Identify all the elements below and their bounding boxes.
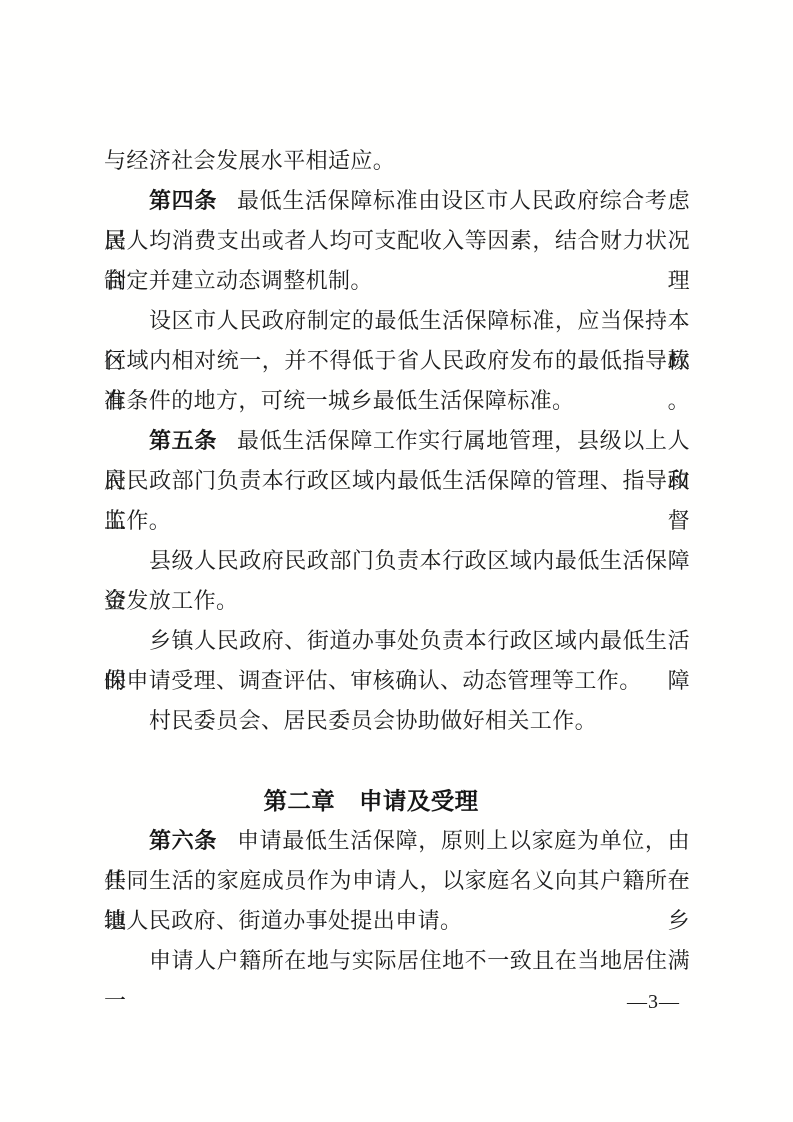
body-line: 府民政部门负责本行政区域内最低生活保障的管理、指导和监督 [104, 461, 690, 501]
line-text: 有条件的地方，可统一城乡最低生活保障标准。 [104, 388, 574, 413]
line-text: 村民委员会、居民委员会协助做好相关工作。 [149, 708, 597, 733]
body-line: 设区市人民政府制定的最低生活保障标准，应当保持本行政 [104, 301, 690, 341]
article-number: 第五条 [149, 428, 217, 453]
body-line: 区域内相对统一，并不得低于省人民政府发布的最低指导标准。 [104, 341, 690, 381]
article-line: 第四条最低生活保障标准由设区市人民政府综合考虑居 [104, 181, 690, 221]
article-number: 第六条 [149, 828, 217, 853]
line-text: 与经济社会发展水平相适应。 [104, 148, 395, 173]
document-page: 与经济社会发展水平相适应。第四条最低生活保障标准由设区市人民政府综合考虑居民人均… [0, 0, 793, 1122]
page-number: —3— [627, 989, 680, 1015]
blank-line [104, 741, 690, 781]
document-body: 与经济社会发展水平相适应。第四条最低生活保障标准由设区市人民政府综合考虑居民人均… [104, 141, 690, 981]
body-line: 金发放工作。 [104, 581, 690, 621]
body-line: 村民委员会、居民委员会协助做好相关工作。 [104, 701, 690, 741]
line-text: 制定并建立动态调整机制。 [104, 268, 373, 293]
body-line: 县级人民政府民政部门负责本行政区域内最低生活保障资 [104, 541, 690, 581]
body-line: 民人均消费支出或者人均可支配收入等因素，结合财力状况合理 [104, 221, 690, 261]
body-line: 共同生活的家庭成员作为申请人，以家庭名义向其户籍所在地乡 [104, 861, 690, 901]
body-line: 乡镇人民政府、街道办事处负责本行政区域内最低生活保障 [104, 621, 690, 661]
line-text: 府民政部门负责本行政区域内最低生活保障的管理、指导和监督 [104, 468, 690, 533]
line-text: 工作。 [104, 508, 171, 533]
line-text: 金发放工作。 [104, 588, 238, 613]
article-number: 第四条 [149, 188, 217, 213]
line-text: 申请人户籍所在地与实际居住地不一致且在当地居住满一 [104, 948, 690, 1013]
body-line: 申请人户籍所在地与实际居住地不一致且在当地居住满一 [104, 941, 690, 981]
article-line: 第五条最低生活保障工作实行属地管理，县级以上人民政 [104, 421, 690, 461]
article-line: 第六条申请最低生活保障，原则上以家庭为单位，由任一 [104, 821, 690, 861]
body-line: 与经济社会发展水平相适应。 [104, 141, 690, 181]
body-line: 的申请受理、调查评估、审核确认、动态管理等工作。 [104, 661, 690, 701]
chapter-heading: 第二章 申请及受理 [78, 781, 664, 821]
line-text: 的申请受理、调查评估、审核确认、动态管理等工作。 [104, 668, 642, 693]
line-text: 镇人民政府、街道办事处提出申请。 [104, 908, 462, 933]
